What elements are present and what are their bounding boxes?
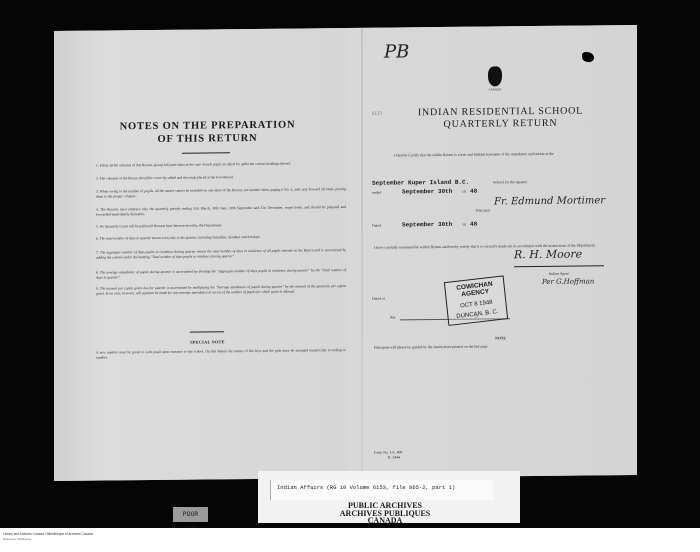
scanned-image: NOTES ON THE PREPARATION OF THIS RETURN … [0,0,700,528]
form-number: Form No. I.A. 400 [374,450,402,454]
canada-crest-icon [488,66,502,86]
principal-signature: Fr. Edmund Mortimer [494,195,605,207]
ended-label: ended [372,191,381,195]
handwritten-initials: PB [384,41,409,62]
ended-year-field: 48 [470,188,477,195]
stamp-line1: COWICHAN AGENCY [445,279,504,300]
note-2: 2. The columns of the Return should be c… [96,174,346,181]
agent-label: Indian Agent [549,272,569,276]
archive-stamp-line3: CANADA [310,517,460,525]
ended-date-field: September 30th [402,188,452,196]
note-4: 4. The Returns must embrace only the qua… [96,205,346,217]
dated-year-prefix: 19 [462,223,466,227]
page-fold [361,28,363,478]
poor-copy-tag: POOR COPY [173,507,208,522]
archive-stamp: PUBLIC ARCHIVES ARCHIVES PUBLIQUES CANAD… [310,502,460,525]
divider [182,152,230,154]
ink-blot [582,52,594,62]
footer: Library and Archives Canada / Bibliothèq… [0,528,700,552]
stamp-line3: DUNCAN, B. C. [448,308,506,321]
signature-line [514,265,604,267]
notes-title-line2: OF THIS RETURN [54,131,361,147]
note-7: 7. The aggregate number of days pupils i… [96,248,346,260]
agency-stamp: COWICHAN AGENCY OCT 8 1948 DUNCAN, B. C. [444,275,508,326]
note-5: 5. No Quarterly Grant will be paid until… [96,222,346,229]
ended-year-prefix: 19 [462,190,466,194]
note-9: 9. The amount per capita grant due for q… [96,284,346,296]
return-title: INDIAN RESIDENTIAL SCHOOL QUARTERLY RETU… [364,105,637,132]
footer-line1: Library and Archives Canada / Bibliothèq… [3,532,93,536]
school-name-field: September Kuper Island B.C. [372,179,469,187]
note-1: 1. Fill in all the columns of this Retur… [96,161,346,168]
archive-reference: Indian Affairs (RG 10 Volume 6153, file … [277,484,455,491]
this-label: this [390,315,396,319]
form-code: R. 3444 [388,455,400,459]
certify-text: I Hereby Certify that the within Return … [394,151,624,157]
dated-date-field: September 30th [402,221,452,229]
note-text: Principals will please be guided by the … [374,345,489,350]
dated-at-label: Dated at [372,297,385,301]
dated-year-field: 48 [470,221,477,228]
school-line: September Kuper Island B.C. School for t… [372,169,612,190]
left-page: NOTES ON THE PREPARATION OF THIS RETURN … [54,28,361,481]
special-note-text: A new number must be given to each pupil… [96,348,346,360]
agent-signature: R. H. Moore [514,248,582,262]
return-title-line2: QUARTERLY RETURN [364,117,637,132]
document-sheet: NOTES ON THE PREPARATION OF THIS RETURN … [54,25,637,481]
note-heading: NOTE [364,335,637,342]
principal-label: Principal [476,208,490,212]
divider [190,331,224,332]
right-page: PB CANADA 6133 INDIAN RESIDENTIAL SCHOOL… [364,25,637,478]
note-8: 8. The average attendance of pupils duri… [96,268,346,280]
note-3: 3. When owing to the number of pupils, a… [96,187,346,199]
note-6: 6. The total number of days in quarter m… [96,234,346,241]
footer-line2: Reference / Référence [3,537,31,541]
special-note-heading: SPECIAL NOTE [54,338,361,346]
crest-label: CANADA [474,87,516,91]
school-suffix: School for the Quarter [493,180,527,184]
notes-title: NOTES ON THE PREPARATION OF THIS RETURN [54,118,361,147]
agent-sub-signature: Per G.Hoffman [542,277,594,286]
dated-label: Dated [372,224,381,228]
archive-reference-box: Indian Affairs (RG 10 Volume 6153, file … [270,480,493,500]
